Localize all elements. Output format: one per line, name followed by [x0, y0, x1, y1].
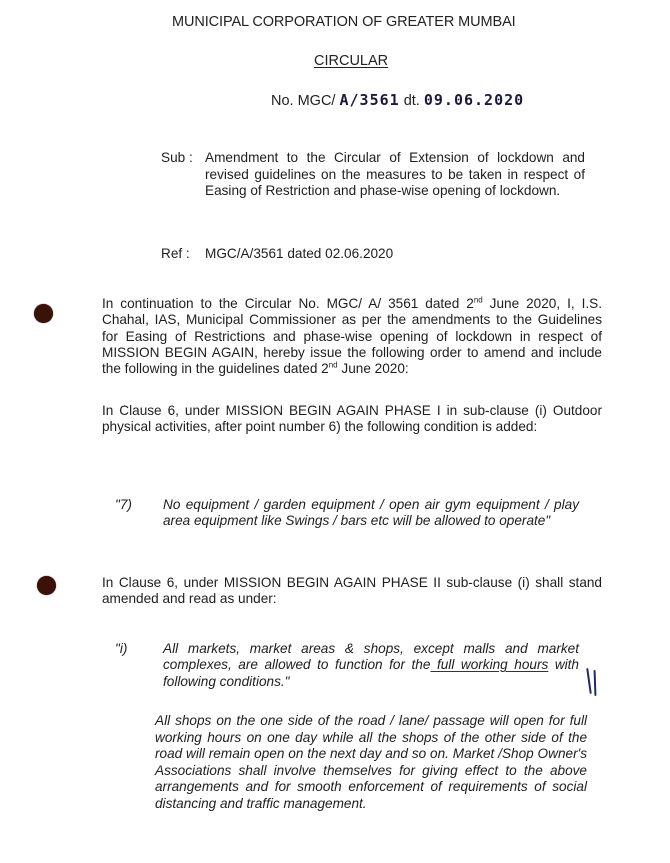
paragraph-1-text-c: June 2020: — [338, 361, 409, 376]
handwritten-date: 09.06.2020 — [424, 91, 524, 109]
number-prefix: No. MGC/ — [271, 93, 335, 109]
underlined-phrase: full working hours — [430, 657, 548, 672]
quoted-conditions-detail: All shops on the one side of the road / … — [155, 713, 587, 812]
document-type-title: CIRCULAR — [314, 53, 388, 69]
ordinal-suffix: nd — [329, 361, 338, 370]
ordinal-suffix: nd — [474, 295, 483, 304]
quote-number: "i) — [139, 641, 163, 657]
paragraph-clause-6-phase-2: In Clause 6, under MISSION BEGIN AGAIN P… — [102, 575, 602, 608]
reference-label: Ref : — [161, 246, 190, 261]
quote-number: "7) — [139, 497, 163, 513]
bullet-dot-icon — [34, 304, 53, 323]
quoted-condition-7: "7)No equipment / garden equipment / ope… — [139, 497, 579, 530]
quote-text: No equipment / garden equipment / open a… — [163, 497, 579, 528]
subject-text: Amendment to the Circular of Extension o… — [205, 150, 585, 200]
bullet-dot-icon — [37, 576, 56, 595]
paragraph-1-text-a: In continuation to the Circular No. MGC/… — [102, 296, 474, 311]
margin-double-line-mark-icon — [588, 668, 598, 696]
subject-label: Sub : — [161, 150, 193, 165]
paragraph-clause-6-phase-1: In Clause 6, under MISSION BEGIN AGAIN P… — [102, 403, 602, 436]
circular-number-line: No. MGC/ A/3561 dt. 09.06.2020 — [271, 91, 524, 109]
date-prefix: dt. — [404, 93, 420, 109]
quoted-subclause-i: "i)All markets, market areas & shops, ex… — [139, 641, 579, 690]
reference-text: MGC/A/3561 dated 02.06.2020 — [205, 246, 393, 261]
organization-heading: MUNICIPAL CORPORATION OF GREATER MUMBAI — [172, 14, 516, 30]
handwritten-number: A/3561 — [339, 91, 399, 109]
paragraph-continuation: In continuation to the Circular No. MGC/… — [102, 296, 602, 377]
